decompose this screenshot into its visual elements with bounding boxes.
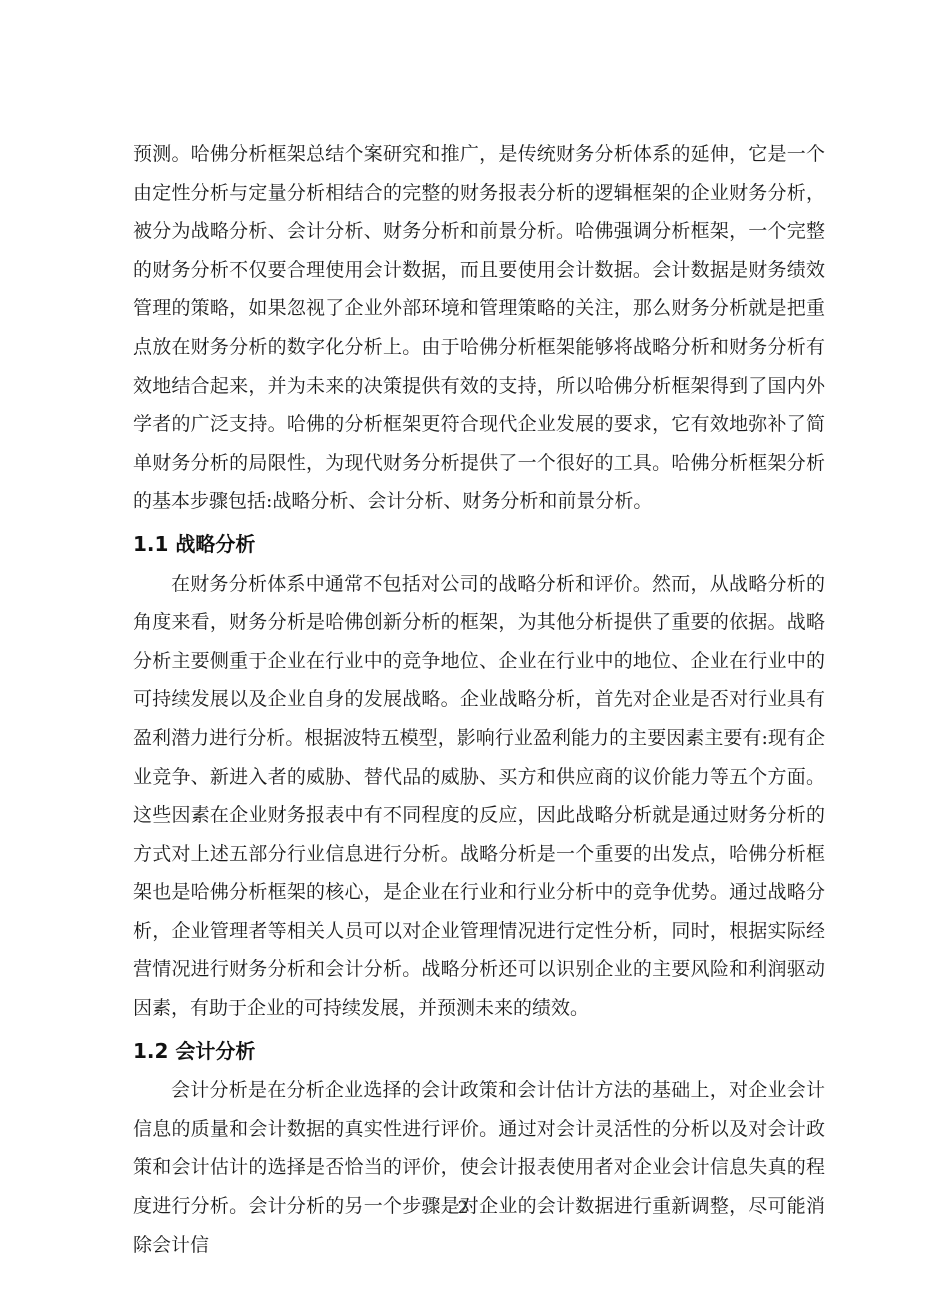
intro-paragraph: 预测。哈佛分析框架总结个案研究和推广，是传统财务分析体系的延伸，它是一个由定性分… — [133, 135, 825, 521]
page-number: 2 — [0, 1198, 926, 1218]
document-page: 预测。哈佛分析框架总结个案研究和推广，是传统财务分析体系的延伸，它是一个由定性分… — [0, 0, 926, 1309]
strategic-analysis-paragraph: 在财务分析体系中通常不包括对公司的战略分析和评价。然而，从战略分析的角度来看，财… — [133, 565, 825, 1028]
page-body: 预测。哈佛分析框架总结个案研究和推广，是传统财务分析体系的延伸，它是一个由定性分… — [133, 135, 825, 1264]
section-heading-strategic-analysis: 1.1 战略分析 — [133, 525, 825, 564]
section-heading-accounting-analysis: 1.2 会计分析 — [133, 1032, 825, 1071]
accounting-analysis-paragraph: 会计分析是在分析企业选择的会计政策和会计估计方法的基础上，对企业会计信息的质量和… — [133, 1071, 825, 1264]
